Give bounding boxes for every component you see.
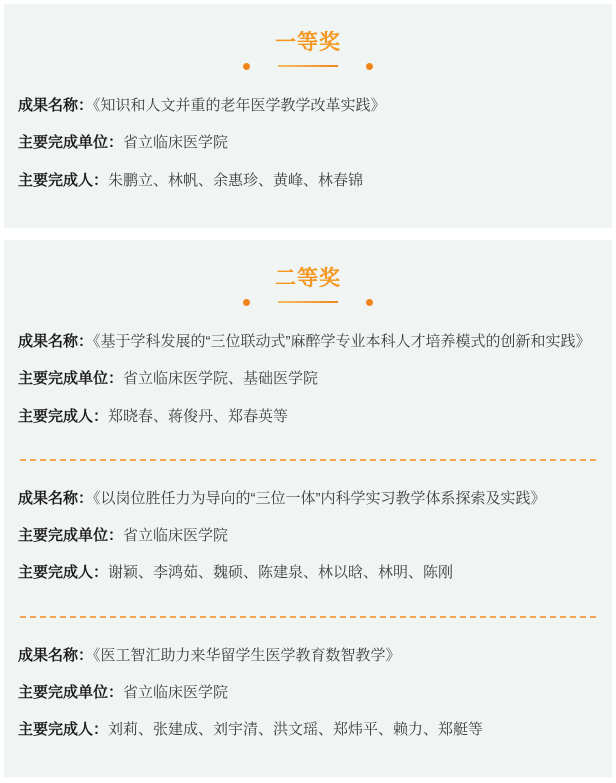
award-entry: 成果名称：《医工智汇助力来华留学生医学教育数智教学》 主要完成单位：省立临床医学… — [18, 640, 598, 747]
name-label: 成果名称： — [18, 647, 93, 664]
unit-label: 主要完成单位： — [18, 134, 123, 151]
second-prize-header: 二等奖 — [18, 266, 598, 306]
award-entry: 成果名称：《知识和人文并重的老年医学教学改革实践》 主要完成单位：省立临床医学院… — [18, 90, 598, 197]
right-dot-icon — [366, 299, 373, 306]
entry-people-row: 主要完成人：谢颖、李鸿茹、魏硕、陈建泉、林以晗、林明、陈刚 — [18, 557, 598, 589]
name-value: 《基于学科发展的“三位联动式”麻醉学专业本科人才培养模式的创新和实践》 — [93, 333, 591, 350]
unit-value: 省立临床医学院 — [123, 684, 228, 701]
entry-unit-row: 主要完成单位：省立临床医学院 — [18, 127, 598, 159]
unit-value: 省立临床医学院、基础医学院 — [123, 370, 318, 387]
award-card-first-prize: 一等奖 成果名称：《知识和人文并重的老年医学教学改革实践》 主要完成单位：省立临… — [4, 4, 612, 228]
entry-unit-row: 主要完成单位：省立临床医学院、基础医学院 — [18, 363, 598, 395]
people-label: 主要完成人： — [18, 564, 108, 581]
article-page: 一等奖 成果名称：《知识和人文并重的老年医学教学改革实践》 主要完成单位：省立临… — [0, 0, 616, 783]
people-value: 谢颖、李鸿茹、魏硕、陈建泉、林以晗、林明、陈刚 — [108, 564, 453, 581]
left-dot-icon — [243, 299, 250, 306]
award-card-second-prize: 二等奖 成果名称：《基于学科发展的“三位联动式”麻醉学专业本科人才培养模式的创新… — [4, 240, 612, 777]
name-value: 《以岗位胜任力为导向的“三位一体”内科学实习教学体系探索及实践》 — [93, 490, 546, 507]
unit-value: 省立临床医学院 — [123, 134, 228, 151]
award-entry: 成果名称：《基于学科发展的“三位联动式”麻醉学专业本科人才培养模式的创新和实践》… — [18, 326, 598, 433]
entry-people-row: 主要完成人：刘莉、张建成、刘宇清、洪文瑶、郑炜平、赖力、郑艇等 — [18, 714, 598, 746]
right-dot-icon — [366, 63, 373, 70]
name-label: 成果名称： — [18, 97, 93, 114]
unit-value: 省立临床医学院 — [123, 527, 228, 544]
dashed-divider — [20, 459, 596, 461]
underline-bar — [278, 65, 338, 67]
people-value: 朱鹏立、林帆、余惠珍、黄峰、林春锦 — [108, 172, 363, 189]
entry-unit-row: 主要完成单位：省立临床医学院 — [18, 520, 598, 552]
dashed-divider — [20, 616, 596, 618]
first-prize-title: 一等奖 — [18, 30, 598, 55]
entry-name-row: 成果名称：《以岗位胜任力为导向的“三位一体”内科学实习教学体系探索及实践》 — [18, 483, 598, 515]
people-value: 郑晓春、蒋俊丹、郑春英等 — [108, 408, 288, 425]
entry-name-row: 成果名称：《基于学科发展的“三位联动式”麻醉学专业本科人才培养模式的创新和实践》 — [18, 326, 598, 358]
unit-label: 主要完成单位： — [18, 527, 123, 544]
award-entry: 成果名称：《以岗位胜任力为导向的“三位一体”内科学实习教学体系探索及实践》 主要… — [18, 483, 598, 590]
entry-people-row: 主要完成人：朱鹏立、林帆、余惠珍、黄峰、林春锦 — [18, 165, 598, 197]
name-value: 《知识和人文并重的老年医学教学改革实践》 — [93, 97, 386, 114]
first-prize-header: 一等奖 — [18, 30, 598, 70]
entry-name-row: 成果名称：《医工智汇助力来华留学生医学教育数智教学》 — [18, 640, 598, 672]
people-label: 主要完成人： — [18, 721, 108, 738]
title-decoration — [18, 62, 598, 70]
entry-people-row: 主要完成人：郑晓春、蒋俊丹、郑春英等 — [18, 401, 598, 433]
name-label: 成果名称： — [18, 490, 93, 507]
entry-name-row: 成果名称：《知识和人文并重的老年医学教学改革实践》 — [18, 90, 598, 122]
name-value: 《医工智汇助力来华留学生医学教育数智教学》 — [93, 647, 401, 664]
entry-unit-row: 主要完成单位：省立临床医学院 — [18, 677, 598, 709]
title-decoration — [18, 298, 598, 306]
left-dot-icon — [243, 63, 250, 70]
name-label: 成果名称： — [18, 333, 93, 350]
people-label: 主要完成人： — [18, 172, 108, 189]
unit-label: 主要完成单位： — [18, 684, 123, 701]
second-prize-title: 二等奖 — [18, 266, 598, 291]
people-value: 刘莉、张建成、刘宇清、洪文瑶、郑炜平、赖力、郑艇等 — [108, 721, 483, 738]
underline-bar — [278, 301, 338, 303]
people-label: 主要完成人： — [18, 408, 108, 425]
unit-label: 主要完成单位： — [18, 370, 123, 387]
